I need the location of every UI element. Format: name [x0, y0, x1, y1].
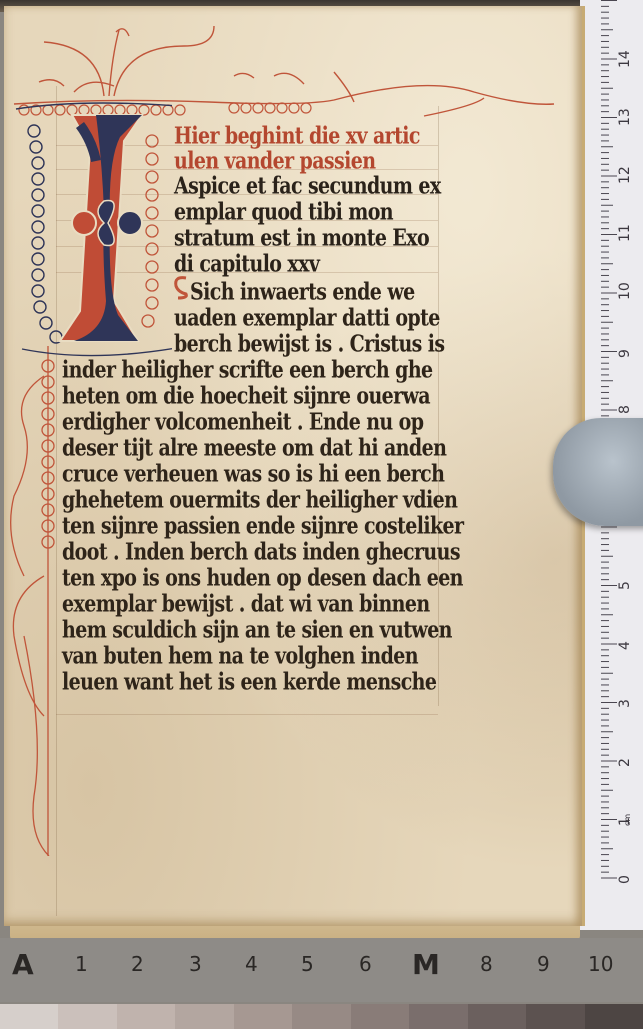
gray-swatch: [117, 1004, 175, 1029]
gloved-thumb: [553, 418, 643, 526]
gray-swatch: [409, 1004, 467, 1029]
body-text-line: hem sculdich sijn an te sien en vutwen: [62, 616, 452, 644]
body-text-line: erdigher volcomenheit . Ende nu op: [62, 408, 423, 436]
gray-swatch: [468, 1004, 526, 1029]
body-text-line: inder heiligher scrifte een berch ghe: [62, 356, 433, 384]
scale-label: A: [12, 948, 34, 981]
ruler-label: 8: [617, 405, 633, 414]
body-text-line: deser tijt alre meeste om dat hi anden: [62, 434, 446, 462]
body-text-line: cruce verheuen was so is hi een berch: [62, 460, 444, 488]
gray-swatch: [292, 1004, 350, 1029]
ruler-label: 0: [617, 875, 633, 884]
body-text-line: exemplar bewijst . dat wi van binnen: [62, 590, 430, 618]
latin-incipit-line: emplar quod tibi mon: [174, 198, 393, 226]
manuscript-page: Hier beghint die xv artic ulen vander pa…: [4, 6, 585, 926]
scale-label: 3: [189, 952, 202, 976]
gray-swatch: [234, 1004, 292, 1029]
ruling-line: [56, 714, 438, 715]
rubric-heading-line: Hier beghint die xv artic: [174, 122, 420, 150]
latin-incipit-line: Aspice et fac secundum ex: [174, 172, 441, 200]
scale-label: 2: [131, 952, 144, 976]
latin-incipit-line: stratum est in monte Exo: [174, 224, 429, 252]
ruler-label: 2: [617, 758, 633, 767]
body-text-line: ghehetem ouermits der heiligher vdien: [62, 486, 457, 514]
body-text-line: heten om die hoecheit sijnre ouerwa: [62, 382, 430, 410]
decorated-initial-I: [12, 101, 172, 361]
scale-label: 4: [245, 952, 258, 976]
scale-label: 1: [75, 952, 88, 976]
scale-label: 6: [359, 952, 372, 976]
ruler-label: 11: [617, 224, 633, 242]
gray-swatch: [585, 1004, 643, 1029]
gray-swatch: [58, 1004, 116, 1029]
body-text-line: leuen want het is een kerde mensche: [62, 668, 436, 696]
scale-label: 5: [301, 952, 314, 976]
body-text-line: ten xpo is ons huden op desen dach een: [62, 564, 463, 592]
body-text-line: van buten hem na te volghen inden: [62, 642, 418, 670]
ruler-label: 12: [617, 166, 633, 184]
ruler-label: 4: [617, 641, 633, 650]
ruler-label: 9: [617, 349, 633, 358]
gray-swatch: [526, 1004, 584, 1029]
gray-swatch: [351, 1004, 409, 1029]
scale-label: M: [412, 948, 440, 981]
ruler-label: 3: [617, 699, 633, 708]
rubric-heading-line: ulen vander passien: [174, 147, 375, 175]
body-text-line: ten sijnre passien ende sijnre costelike…: [62, 512, 463, 540]
gray-swatch: [0, 1004, 58, 1029]
body-text-line: Sich inwaerts ende we: [190, 278, 415, 306]
body-text-line: doot . Inden berch dats inden ghecruus: [62, 538, 460, 566]
ruler-label: 13: [617, 108, 633, 126]
color-scale-bar: A 1 2 3 4 5 6 M 8 9 10: [0, 938, 643, 1002]
ruler-label: 1: [617, 817, 633, 826]
scale-label: 10: [588, 952, 613, 976]
scale-label: 9: [537, 952, 550, 976]
scale-label: 8: [480, 952, 493, 976]
rubric-initial-s: [172, 274, 192, 300]
ruler-label: 10: [617, 282, 633, 300]
gray-swatches: [0, 1004, 643, 1029]
ruler-label: 14: [617, 50, 633, 68]
body-text-line: uaden exemplar datti opte: [174, 304, 440, 332]
ruler-label: 5: [617, 581, 633, 590]
gray-swatch: [175, 1004, 233, 1029]
latin-incipit-line: di capitulo xxv: [174, 250, 319, 278]
body-text-line: berch bewijst is . Cristus is: [174, 330, 445, 358]
